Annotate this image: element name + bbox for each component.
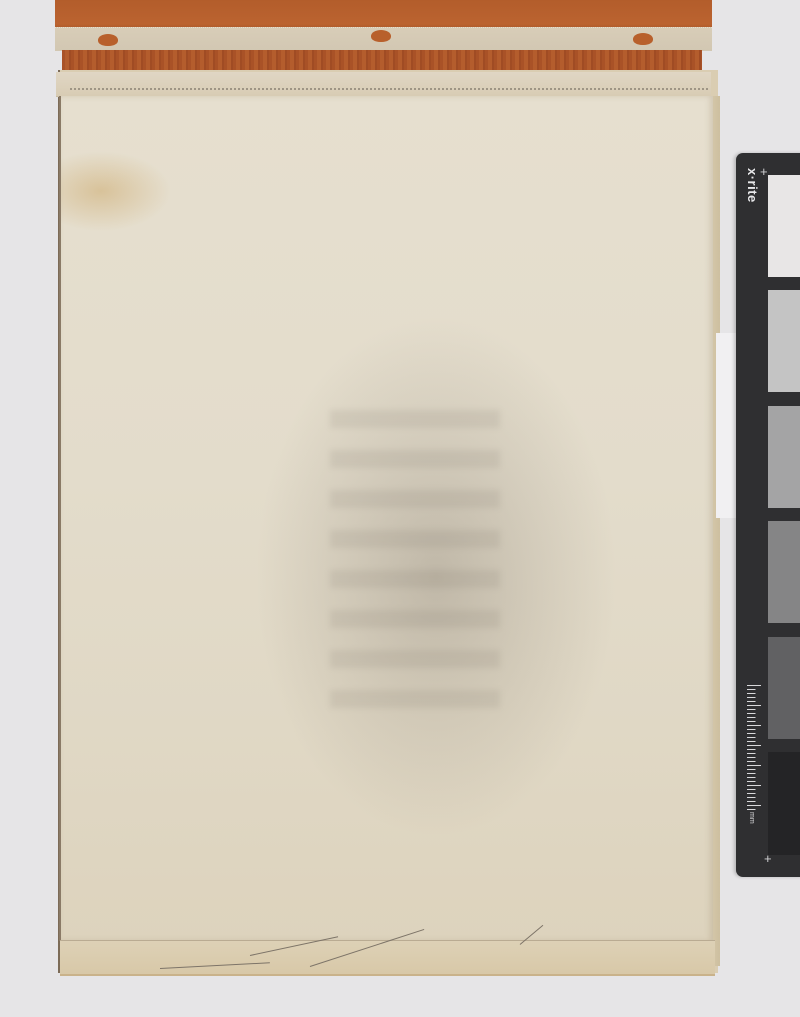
binding-rivet: [371, 30, 391, 42]
graphite-offset-ghost: [330, 410, 500, 730]
registration-crosshair-icon: +: [760, 165, 768, 178]
patch-mid-light-gray: [768, 406, 800, 508]
underlying-page-strip: [60, 940, 715, 976]
patch-light-gray: [768, 290, 800, 392]
patch-white: [768, 175, 800, 277]
binding-rivet: [98, 34, 118, 46]
scale-unit-label: mm: [748, 812, 755, 824]
sketchbook-cover-flap: [55, 0, 712, 30]
patch-mid-gray: [768, 521, 800, 623]
binding-rivet: [633, 33, 653, 45]
patch-black: [768, 752, 800, 855]
target-brand-label: x·rite: [740, 168, 760, 228]
millimeter-scale-major-ticks: [747, 685, 761, 810]
white-reference-card: [716, 333, 738, 518]
perforation-line: [70, 88, 710, 90]
cover-inner-board: [62, 50, 702, 72]
patch-dark-gray: [768, 637, 800, 739]
page-top-band: [56, 72, 711, 97]
